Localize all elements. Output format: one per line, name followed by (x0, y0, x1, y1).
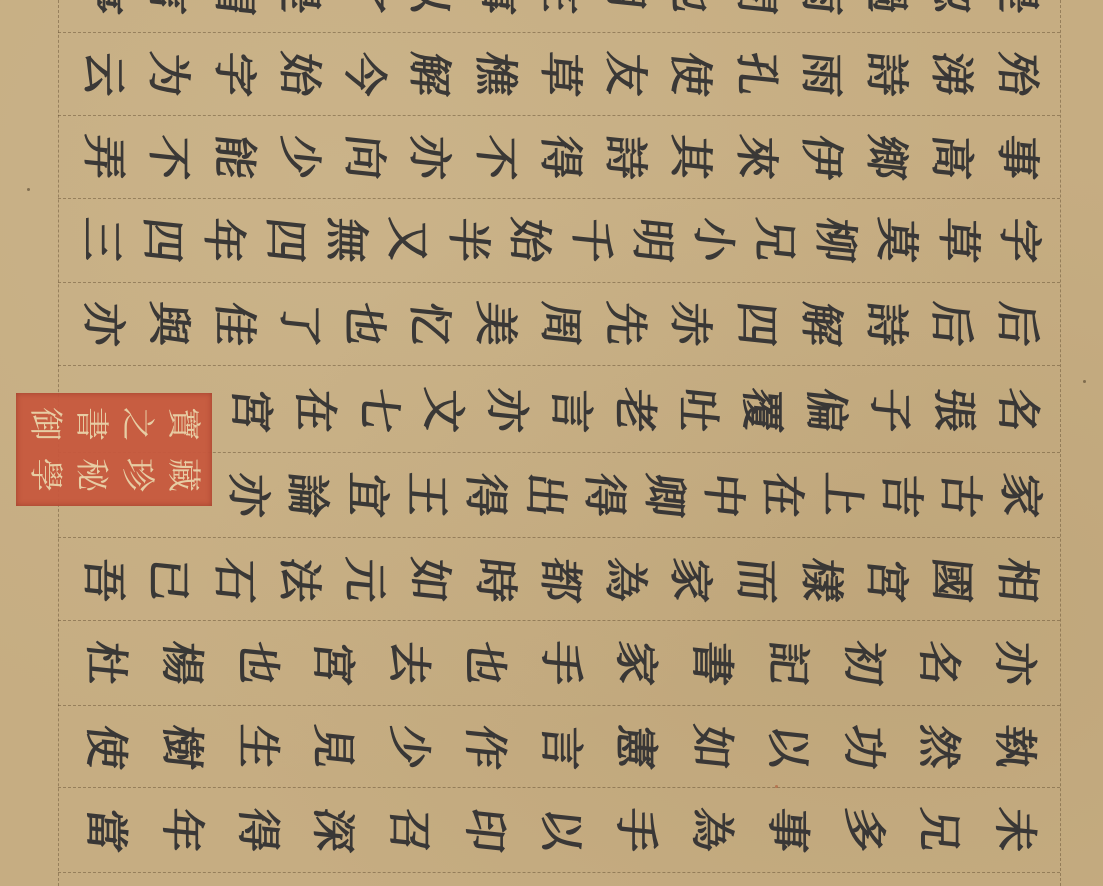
calligraphy-character: 鄉 (864, 122, 908, 192)
calligraphy-row: 杜楊也宮去也手家書記初名亦 (62, 623, 1057, 703)
paper-speck (27, 188, 30, 191)
calligraphy-character: 草 (537, 39, 581, 109)
rule-line (58, 537, 1060, 538)
calligraphy-character: 老 (611, 376, 655, 445)
rule-line (58, 365, 1060, 366)
calligraphy-character: 宮 (864, 545, 908, 615)
calligraphy-character: 宜 (344, 463, 388, 527)
calligraphy-character: 向 (342, 122, 386, 192)
paper-speck (775, 785, 778, 788)
calligraphy-character: 宮 (310, 626, 354, 701)
rule-line (58, 787, 1060, 788)
calligraphy-character: 言 (146, 0, 190, 27)
calligraphy-character: 名 (995, 376, 1039, 445)
calligraphy-character: 兄 (752, 207, 796, 273)
calligraphy-character: 了 (276, 289, 320, 359)
calligraphy-character: 雨 (799, 39, 843, 109)
calligraphy-character: 覆 (739, 376, 783, 445)
seal-character: 學 (28, 458, 62, 492)
calligraphy-character: 來 (733, 122, 777, 192)
calligraphy-character: 宮 (228, 376, 272, 445)
calligraphy-character: 法 (276, 545, 320, 615)
calligraphy-character: 上 (819, 463, 863, 527)
calligraphy-row: 亦論宜王得出得卿中在上吉古家 (210, 455, 1057, 535)
calligraphy-character: 文 (420, 376, 464, 445)
paper-speck (1083, 380, 1086, 383)
calligraphy-character: 在 (537, 0, 581, 27)
seal-character: 寶 (166, 407, 200, 441)
calligraphy-character: 家 (668, 545, 712, 615)
calligraphy-character: 詩 (603, 122, 647, 192)
calligraphy-character: 也 (342, 289, 386, 359)
calligraphy-character: 少 (386, 710, 430, 785)
seal-character: 珍 (120, 458, 154, 492)
calligraphy-character: 后 (994, 289, 1038, 359)
calligraphy-character: 涕 (929, 39, 973, 109)
calligraphy-character: 王 (404, 463, 448, 527)
calligraphy-character: 先 (603, 289, 647, 359)
calligraphy-character: 執 (992, 710, 1036, 785)
calligraphy-character: 小 (690, 207, 734, 273)
calligraphy-character: 元 (342, 545, 386, 615)
calligraphy-character: 深 (310, 793, 354, 868)
calligraphy-character: 半 (446, 207, 490, 273)
calligraphy-character: 吐 (675, 376, 719, 445)
calligraphy-character: 也 (668, 0, 712, 27)
calligraphy-character: 始 (507, 207, 551, 273)
calligraphy-character: 其 (668, 122, 712, 192)
calligraphy-character: 亦 (407, 122, 451, 192)
calligraphy-character: 功 (841, 710, 885, 785)
calligraphy-character: 樵 (472, 39, 516, 109)
rule-line (58, 32, 1060, 33)
seal-character: 御 (28, 407, 62, 441)
seal-character: 書 (74, 407, 108, 441)
calligraphy-character: 詩 (864, 39, 908, 109)
calligraphy-character: 當 (83, 793, 127, 868)
calligraphy-character: 后 (929, 289, 973, 359)
calligraphy-character: 言 (538, 710, 582, 785)
calligraphy-character: 也 (235, 626, 279, 701)
red-collector-seal: 御書之寶學秘珍藏 (16, 393, 212, 506)
calligraphy-character: 在 (292, 376, 336, 445)
calligraphy-character: 佳 (211, 289, 255, 359)
calligraphy-row: 三四年四無又半始千明小兄柳莫草字 (62, 200, 1057, 280)
calligraphy-character: 字 (211, 39, 255, 109)
calligraphy-character: 忆 (407, 289, 451, 359)
calligraphy-character: 字 (996, 207, 1040, 273)
calligraphy-character: 云 (81, 39, 125, 109)
calligraphy-row: 弄不能少向亦不得詩其來伊鄉高事 (62, 117, 1057, 197)
calligraphy-character: 高 (929, 122, 973, 192)
calligraphy-character: 兄 (916, 793, 960, 868)
calligraphy-character: 得 (537, 122, 581, 192)
calligraphy-character: 以 (407, 0, 451, 27)
calligraphy-character: 不 (146, 122, 190, 192)
seal-character: 秘 (74, 458, 108, 492)
calligraphy-character: 忽 (929, 0, 973, 27)
calligraphy-character: 出 (522, 463, 566, 527)
calligraphy-character: 與 (146, 289, 190, 359)
calligraphy-character: 子 (867, 376, 911, 445)
calligraphy-character: 得 (582, 463, 626, 527)
calligraphy-character: 草 (935, 207, 979, 273)
rule-line (58, 620, 1060, 621)
calligraphy-character: 家 (613, 626, 657, 701)
calligraphy-character: 伊 (799, 122, 843, 192)
calligraphy-character: 年 (201, 207, 245, 273)
calligraphy-character: 古 (938, 463, 982, 527)
calligraphy-character: 弄 (81, 122, 125, 192)
calligraphy-character: 亦 (81, 289, 125, 359)
calligraphy-character: 月 (603, 0, 647, 27)
calligraphy-character: 名 (916, 626, 960, 701)
calligraphy-character: 國 (929, 545, 973, 615)
calligraphy-character: 得 (235, 793, 279, 868)
calligraphy-character: 四 (733, 289, 777, 359)
calligraphy-row: 吾已石法元如時都為家而樣宮國相 (62, 540, 1057, 620)
calligraphy-character: 家 (997, 463, 1041, 527)
calligraphy-character: 初 (841, 626, 885, 701)
calligraphy-character: 千 (568, 207, 612, 273)
calligraphy-character: 孔 (733, 39, 777, 109)
calligraphy-character: 三 (79, 207, 123, 273)
calligraphy-character: 七 (356, 376, 400, 445)
calligraphy-character: 周 (537, 289, 581, 359)
calligraphy-character: 使 (668, 39, 712, 109)
calligraphy-character: 莫 (874, 207, 918, 273)
calligraphy-character: 相 (994, 545, 1038, 615)
calligraphy-character: 使 (83, 710, 127, 785)
calligraphy-character: 少 (276, 122, 320, 192)
calligraphy-character: 言 (548, 376, 592, 445)
calligraphy-character: 能 (211, 122, 255, 192)
calligraphy-character: 問 (733, 0, 777, 27)
calligraphy-character: 多 (841, 793, 885, 868)
calligraphy-character: 過 (864, 0, 908, 27)
calligraphy-character: 明 (629, 207, 673, 273)
calligraphy-character: 年 (159, 793, 203, 868)
calligraphy-character: 为 (146, 39, 190, 109)
calligraphy-character: 見 (310, 710, 354, 785)
calligraphy-character: 亦 (992, 626, 1036, 701)
calligraphy-row: 云为字始今解樵草友使孔雨詩涕殆 (62, 34, 1057, 114)
calligraphy-character: 卿 (641, 463, 685, 527)
calligraphy-character: 解 (799, 289, 843, 359)
calligraphy-row: 宮在七文亦言老吐覆偏子張名 (210, 370, 1057, 450)
calligraphy-character: 四 (140, 207, 184, 273)
calligraphy-character: 樹 (159, 710, 203, 785)
calligraphy-character: 柳 (813, 207, 857, 273)
calligraphy-scroll: 亭言帽是了以事在月也問雨過忽是云为字始今解樵草友使孔雨詩涕殆弄不能少向亦不得詩其… (0, 0, 1103, 886)
calligraphy-character: 召 (386, 793, 430, 868)
calligraphy-character: 亦 (226, 463, 270, 527)
rule-line (58, 198, 1060, 199)
calligraphy-character: 無 (323, 207, 367, 273)
calligraphy-character: 如 (407, 545, 451, 615)
calligraphy-character: 憲 (613, 710, 657, 785)
calligraphy-character: 印 (462, 793, 506, 868)
calligraphy-character: 張 (931, 376, 975, 445)
rule-line (58, 872, 1060, 873)
calligraphy-character: 時 (472, 545, 516, 615)
calligraphy-character: 楊 (159, 626, 203, 701)
calligraphy-character: 記 (765, 626, 809, 701)
calligraphy-character: 以 (538, 793, 582, 868)
calligraphy-character: 美 (472, 289, 516, 359)
calligraphy-character: 事 (472, 0, 516, 27)
calligraphy-character: 殆 (994, 39, 1038, 109)
calligraphy-character: 亭 (81, 0, 125, 27)
calligraphy-character: 在 (760, 463, 804, 527)
calligraphy-character: 今 (342, 39, 386, 109)
calligraphy-character: 雨 (799, 0, 843, 27)
calligraphy-character: 始 (276, 39, 320, 109)
calligraphy-character: 然 (916, 710, 960, 785)
calligraphy-character: 手 (538, 626, 582, 701)
calligraphy-character: 作 (462, 710, 506, 785)
calligraphy-character: 如 (689, 710, 733, 785)
calligraphy-character: 以 (765, 710, 809, 785)
calligraphy-character: 去 (386, 626, 430, 701)
calligraphy-character: 吾 (81, 545, 125, 615)
calligraphy-row: 使樹生見少作言憲如以功然執 (62, 707, 1057, 787)
calligraphy-row: 當年得深召印以手為事多兄未 (62, 790, 1057, 870)
rule-line (58, 705, 1060, 706)
calligraphy-character: 已 (146, 545, 190, 615)
calligraphy-character: 友 (603, 39, 647, 109)
rule-line (58, 115, 1060, 116)
calligraphy-character: 手 (613, 793, 657, 868)
calligraphy-character: 赤 (668, 289, 712, 359)
calligraphy-character: 四 (262, 207, 306, 273)
calligraphy-character: 書 (689, 626, 733, 701)
calligraphy-character: 帽 (211, 0, 255, 27)
calligraphy-character: 而 (733, 545, 777, 615)
calligraphy-character: 得 (463, 463, 507, 527)
calligraphy-character: 又 (385, 207, 429, 273)
calligraphy-character: 為 (689, 793, 733, 868)
calligraphy-character: 詩 (864, 289, 908, 359)
calligraphy-character: 解 (407, 39, 451, 109)
calligraphy-character: 事 (994, 122, 1038, 192)
calligraphy-character: 也 (462, 626, 506, 701)
calligraphy-character: 吉 (879, 463, 923, 527)
calligraphy-row: 亦與佳了也忆美周先赤四解詩后后 (62, 284, 1057, 364)
rule-line (58, 282, 1060, 283)
calligraphy-character: 都 (537, 545, 581, 615)
calligraphy-character: 樣 (799, 545, 843, 615)
calligraphy-character: 了 (342, 0, 386, 27)
calligraphy-character: 是 (276, 0, 320, 27)
calligraphy-character: 不 (472, 122, 516, 192)
calligraphy-character: 是 (994, 0, 1038, 27)
calligraphy-character: 為 (603, 545, 647, 615)
right-border-line (1060, 0, 1061, 886)
calligraphy-character: 論 (285, 463, 329, 527)
calligraphy-character: 中 (701, 463, 745, 527)
seal-character: 之 (120, 407, 154, 441)
calligraphy-character: 石 (211, 545, 255, 615)
calligraphy-row: 亭言帽是了以事在月也問雨過忽是 (62, 0, 1057, 32)
calligraphy-character: 生 (235, 710, 279, 785)
calligraphy-character: 未 (992, 793, 1036, 868)
calligraphy-character: 事 (765, 793, 809, 868)
calligraphy-character: 亦 (484, 376, 528, 445)
seal-character: 藏 (166, 458, 200, 492)
calligraphy-character: 偏 (803, 376, 847, 445)
calligraphy-character: 杜 (83, 626, 127, 701)
